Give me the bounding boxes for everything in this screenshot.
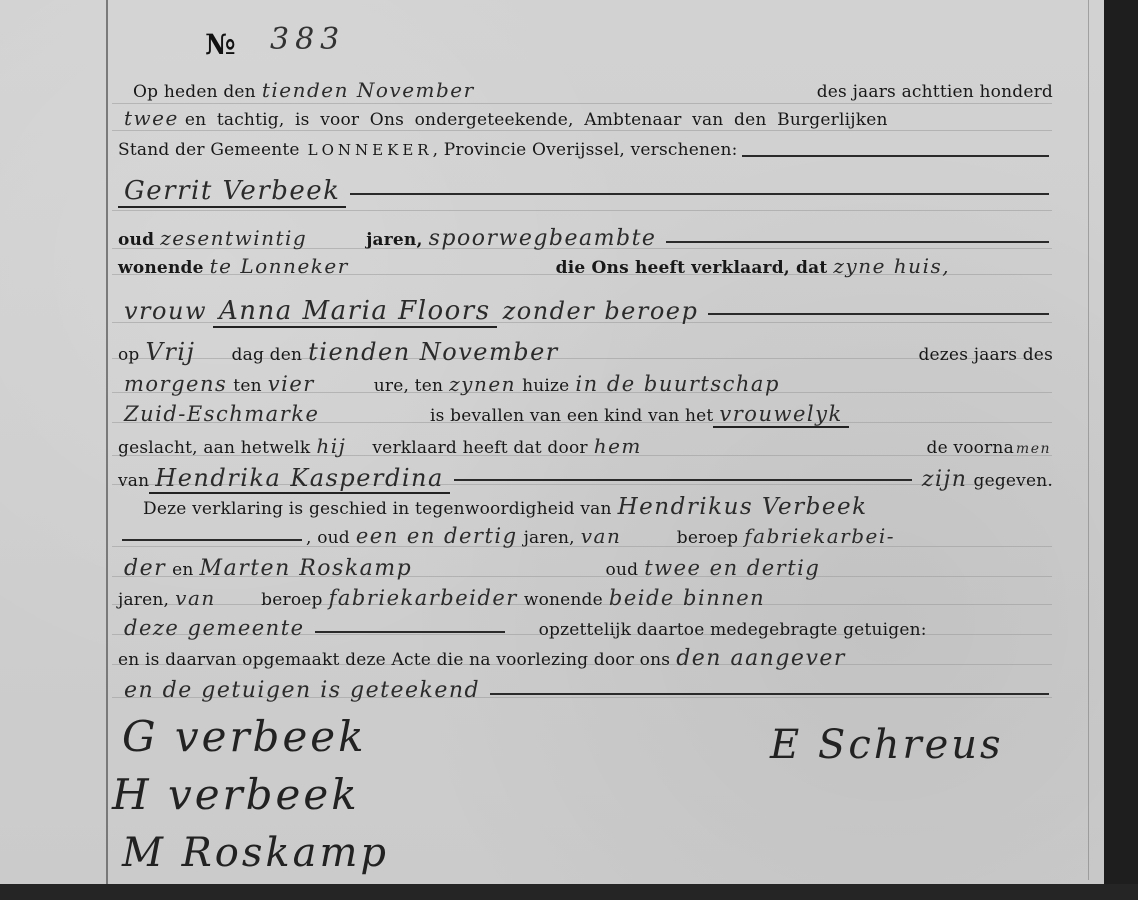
handwritten-witness1-name: Hendrikus Verbeek bbox=[612, 494, 874, 520]
printed-text: verklaard heeft dat door bbox=[372, 438, 587, 458]
printed-text: is bevallen van een kind van het bbox=[430, 406, 713, 426]
signature-official: E Schreus bbox=[770, 722, 1004, 768]
handwritten-witness2-age: twee en dertig bbox=[638, 556, 826, 580]
printed-text: van bbox=[118, 471, 149, 491]
signature-witness1: H verbeek bbox=[112, 770, 360, 819]
handwritten-text: zynen bbox=[443, 372, 522, 396]
handwritten-text: hij bbox=[310, 434, 372, 458]
printed-text: dag den bbox=[232, 345, 303, 365]
printed-text: de voorna bbox=[926, 438, 1013, 458]
printed-text: en is daarvan opgemaakt deze Acte die na… bbox=[118, 650, 670, 670]
printed-text: beroep bbox=[261, 590, 322, 610]
text-line: op Vrij dag den tienden November dezes j… bbox=[118, 338, 1053, 370]
handwritten-text: deze gemeente bbox=[118, 616, 311, 640]
printed-text: op bbox=[118, 345, 140, 365]
text-line: wonende te Lonneker die Ons heeft verkla… bbox=[118, 254, 1053, 286]
printed-text: Deze verklaring is geschied in tegenwoor… bbox=[143, 499, 612, 519]
text-line: Zuid-Eschmarke is bevallen van een kind … bbox=[118, 402, 1053, 434]
handwritten-weekday: Vrij bbox=[140, 338, 232, 366]
handwritten-witness1-occupation: fabriekarbei- bbox=[738, 524, 901, 548]
signature-witness2: M Roskamp bbox=[122, 830, 389, 876]
handwritten-text: van bbox=[575, 524, 677, 548]
handwritten-hamlet: Zuid-Eschmarke bbox=[118, 402, 430, 426]
printed-text: Op heden den bbox=[133, 82, 256, 102]
printed-text: opzettelijk daartoe medegebragte getuige… bbox=[539, 620, 927, 640]
blank-line bbox=[350, 193, 1049, 195]
scan-background-right bbox=[1104, 0, 1138, 900]
text-line: jaren, van beroep fabriekarbeider wonend… bbox=[118, 586, 1053, 618]
handwritten-text: van bbox=[169, 586, 261, 610]
handwritten-text: vrouw bbox=[118, 297, 213, 325]
text-line: Deze verklaring is geschied in tegenwoor… bbox=[143, 494, 1053, 526]
text-line: morgens ten vier ure, ten zynen huize in… bbox=[118, 372, 1053, 404]
signature-father: G verbeek bbox=[122, 712, 367, 761]
handwritten-text: men bbox=[1014, 441, 1053, 457]
printed-text: dezes jaars des bbox=[918, 345, 1053, 365]
handwritten-time-of-day: morgens bbox=[118, 372, 233, 396]
text-line: twee en tachtig, is voor Ons ondergeteek… bbox=[118, 106, 1053, 138]
printed-text: oud bbox=[118, 230, 154, 250]
handwritten-witness1-age: een en dertig bbox=[350, 524, 524, 548]
printed-text: des jaars achttien honderd bbox=[817, 82, 1053, 102]
handwritten-witness2-name: Marten Roskamp bbox=[194, 556, 606, 581]
scan-background-bottom bbox=[0, 884, 1138, 900]
text-line: van Hendrika Kasperdina zijn gegeven. bbox=[118, 464, 1053, 496]
text-line: en de getuigen is geteekend bbox=[118, 678, 1053, 710]
handwritten-hour: vier bbox=[262, 372, 374, 396]
text-line: geslacht, aan hetwelk hij verklaard heef… bbox=[118, 434, 1053, 466]
printed-text: en bbox=[172, 560, 193, 580]
handwritten-witness2-occupation: fabriekarbeider bbox=[323, 586, 524, 610]
handwritten-age: zesentwintig bbox=[154, 226, 366, 250]
right-rule bbox=[1088, 0, 1089, 880]
printed-text: jaren, bbox=[524, 528, 575, 548]
handwritten-text: der bbox=[118, 556, 172, 581]
handwritten-text: zijn bbox=[916, 467, 974, 492]
printed-text: , oud bbox=[306, 528, 350, 548]
blank-line bbox=[708, 313, 1049, 315]
printed-text: huize bbox=[522, 376, 569, 396]
blank-line bbox=[742, 155, 1049, 157]
handwritten-birth-date: tienden November bbox=[302, 338, 918, 366]
printed-text: ure, ten bbox=[374, 376, 443, 396]
printed-text: wonende bbox=[118, 258, 204, 278]
handwritten-mother-name: Anna Maria Floors bbox=[213, 296, 497, 328]
printed-text: , Provincie Overijssel, verschenen: bbox=[433, 140, 738, 160]
printed-text: wonende bbox=[524, 590, 603, 610]
blank-line bbox=[122, 539, 302, 541]
text-line: vrouw Anna Maria Floors zonder beroep bbox=[118, 296, 1053, 332]
printed-text: jaren, bbox=[118, 590, 169, 610]
printed-text: oud bbox=[606, 560, 639, 580]
text-line: , oud een en dertig jaren, van beroep fa… bbox=[118, 524, 1053, 556]
handwritten-child-name: Hendrika Kasperdina bbox=[149, 464, 449, 494]
printed-text: ten bbox=[233, 376, 261, 396]
printed-text: gegeven. bbox=[973, 471, 1053, 491]
municipality-name: LONNEKER bbox=[308, 141, 433, 159]
handwritten-occupation: spoorwegbeambte bbox=[423, 226, 663, 251]
text-line: Stand der Gemeente LONNEKER , Provincie … bbox=[118, 140, 1053, 172]
blank-line bbox=[315, 631, 505, 633]
text-line: deze gemeente opzettelijk daartoe medege… bbox=[118, 616, 1053, 648]
handwritten-date: tienden November bbox=[256, 78, 817, 102]
handwritten-text: hem bbox=[588, 434, 927, 458]
record-number-label: № bbox=[205, 28, 235, 61]
handwritten-year: twee bbox=[118, 106, 185, 130]
blank-line bbox=[490, 693, 1049, 695]
handwritten-mother-occupation: zonder beroep bbox=[497, 297, 705, 325]
handwritten-residence: te Lonneker bbox=[204, 254, 556, 278]
text-line: der en Marten Roskamp oud twee en dertig bbox=[118, 556, 1053, 588]
handwritten-sex: vrouwelyk bbox=[713, 402, 848, 428]
text-line: Gerrit Verbeek bbox=[118, 176, 1053, 212]
handwritten-text: den aangever bbox=[670, 646, 852, 671]
printed-text: beroep bbox=[677, 528, 738, 548]
handwritten-declarant-name: Gerrit Verbeek bbox=[118, 176, 346, 208]
handwritten-location: in de buurtschap bbox=[569, 372, 785, 396]
handwritten-text: en de getuigen is geteekend bbox=[118, 678, 486, 703]
margin-line bbox=[106, 0, 108, 886]
document-page: № 383 Op heden den tienden November des … bbox=[0, 0, 1106, 886]
printed-text: Stand der Gemeente bbox=[118, 140, 300, 160]
printed-text: die Ons heeft verklaard, dat bbox=[556, 258, 828, 278]
handwritten-text: zyne huis, bbox=[827, 254, 956, 278]
printed-text: geslacht, aan hetwelk bbox=[118, 438, 310, 458]
handwritten-text: beide binnen bbox=[603, 586, 771, 610]
printed-text: en tachtig, is voor Ons ondergeteekende,… bbox=[185, 110, 888, 130]
text-line: en is daarvan opgemaakt deze Acte die na… bbox=[118, 646, 1053, 678]
blank-line bbox=[454, 479, 912, 481]
record-number-value: 383 bbox=[270, 22, 345, 57]
printed-text: jaren, bbox=[366, 230, 422, 250]
blank-line bbox=[666, 241, 1049, 243]
